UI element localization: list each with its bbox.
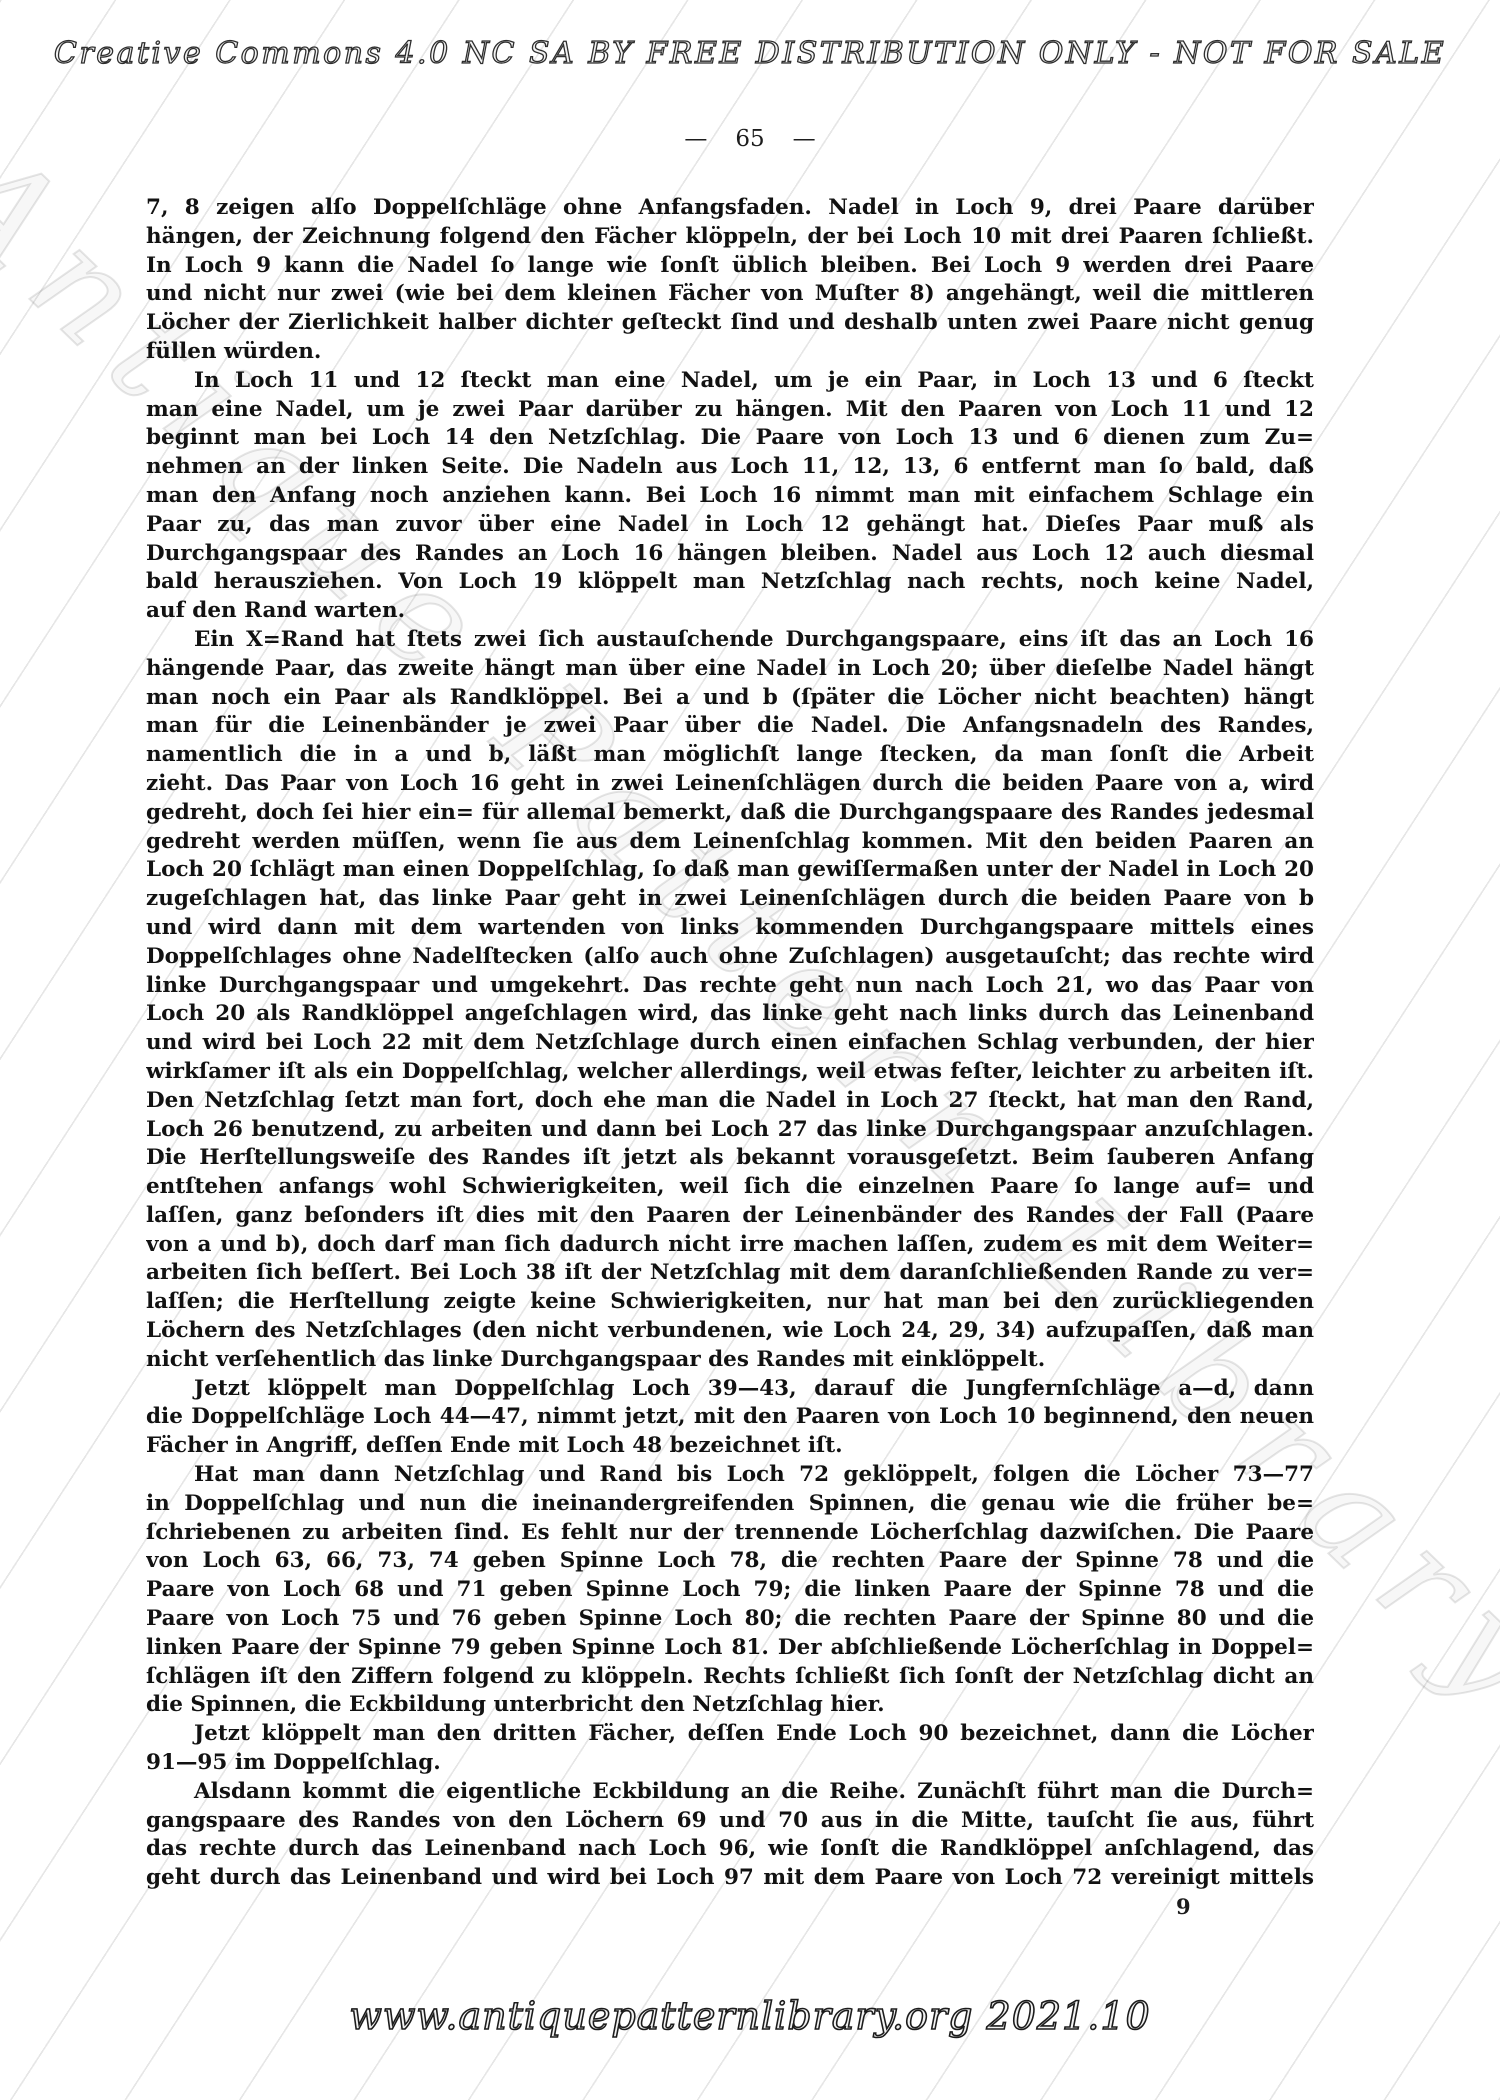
text-line: Jetzt klöppelt man den dritten Fächer, d… bbox=[146, 1720, 1314, 1749]
text-line: Löcher der Zierlichkeit halber dichter g… bbox=[146, 309, 1314, 338]
text-line: von a und b), doch darf man ſich dadurch… bbox=[146, 1231, 1314, 1260]
text-line: Loch 26 benutzend, zu arbeiten und dann … bbox=[146, 1116, 1314, 1145]
page-number-value: 65 bbox=[735, 126, 764, 152]
text-line: Paare von Loch 68 und 71 geben Spinne Lo… bbox=[146, 1576, 1314, 1605]
text-line: gedreht, doch ſei hier ein= für allemal … bbox=[146, 799, 1314, 828]
signature-number: 9 bbox=[1176, 1894, 1191, 1919]
text-line: 91—95 im Doppelſchlag. bbox=[146, 1749, 1314, 1778]
page-number-dash-left: — bbox=[684, 126, 707, 152]
text-line: entſtehen anfangs wohl Schwierigkeiten, … bbox=[146, 1173, 1314, 1202]
footer-url: www.antiquepatternlibrary.org 2021.10 bbox=[0, 1994, 1500, 2038]
text-line: Den Netzſchlag ſetzt man fort, doch ehe … bbox=[146, 1087, 1314, 1116]
text-line: ſchlägen iſt den Ziffern folgend zu klöp… bbox=[146, 1663, 1314, 1692]
text-line: linke Durchgangspaar und umgekehrt. Das … bbox=[146, 972, 1314, 1001]
text-line: man eine Nadel, um je zwei Paar darüber … bbox=[146, 396, 1314, 425]
text-line: Loch 20 als Randklöppel angeſchlagen wir… bbox=[146, 1000, 1314, 1029]
body-text-block: 7, 8 zeigen alſo Doppelſchläge ohne Anfa… bbox=[146, 194, 1314, 1893]
text-line: beginnt man bei Loch 14 den Netzſchlag. … bbox=[146, 424, 1314, 453]
text-line: Fächer in Angriff, deſſen Ende mit Loch … bbox=[146, 1432, 1314, 1461]
text-line: nicht verſehentlich das linke Durchgangs… bbox=[146, 1346, 1314, 1375]
text-line: Die Herſtellungsweiſe des Randes iſt jet… bbox=[146, 1144, 1314, 1173]
text-line: Loch 20 ſchlägt man einen Doppelſchlag, … bbox=[146, 856, 1314, 885]
text-line: Jetzt klöppelt man Doppelſchlag Loch 39—… bbox=[146, 1375, 1314, 1404]
text-line: arbeiten ſich beſſert. Bei Loch 38 iſt d… bbox=[146, 1259, 1314, 1288]
page-number-dash-right: — bbox=[793, 126, 816, 152]
text-line: nehmen an der linken Seite. Die Nadeln a… bbox=[146, 453, 1314, 482]
text-line: man noch ein Paar als Randklöppel. Bei a… bbox=[146, 684, 1314, 713]
text-line: namentlich die in a und b, läßt man mögl… bbox=[146, 741, 1314, 770]
text-line: die Spinnen, die Eckbildung unterbricht … bbox=[146, 1691, 1314, 1720]
text-line: ſchriebenen zu arbeiten ſind. Es fehlt n… bbox=[146, 1519, 1314, 1548]
text-line: das rechte durch das Leinenband nach Loc… bbox=[146, 1835, 1314, 1864]
scanned-book-page: Antique Pattern Library Creative Commons… bbox=[0, 0, 1500, 2100]
text-line: man den Anfang noch anziehen kann. Bei L… bbox=[146, 482, 1314, 511]
text-line: linken Paare der Spinne 79 geben Spinne … bbox=[146, 1634, 1314, 1663]
text-line: in Doppelſchlag und nun die ineinandergr… bbox=[146, 1490, 1314, 1519]
text-line: gedreht werden müſſen, wenn ſie aus dem … bbox=[146, 828, 1314, 857]
text-line: hängen, der Zeichnung folgend den Fächer… bbox=[146, 223, 1314, 252]
text-line: geht durch das Leinenband und wird bei L… bbox=[146, 1864, 1314, 1893]
text-line: laſſen, ganz beſonders iſt dies mit den … bbox=[146, 1202, 1314, 1231]
text-line: Löchern des Netzſchlages (den nicht verb… bbox=[146, 1317, 1314, 1346]
text-line: 7, 8 zeigen alſo Doppelſchläge ohne Anfa… bbox=[146, 194, 1314, 223]
text-line: Durchgangspaar des Randes an Loch 16 hän… bbox=[146, 540, 1314, 569]
text-line: Hat man dann Netzſchlag und Rand bis Loc… bbox=[146, 1461, 1314, 1490]
text-line: wirkſamer iſt als ein Doppelſchlag, welc… bbox=[146, 1058, 1314, 1087]
text-line: zieht. Das Paar von Loch 16 geht in zwei… bbox=[146, 770, 1314, 799]
text-line: laſſen; die Herſtellung zeigte keine Sch… bbox=[146, 1288, 1314, 1317]
license-banner: Creative Commons 4.0 NC SA BY FREE DISTR… bbox=[0, 36, 1500, 71]
text-line: hängende Paar, das zweite hängt man über… bbox=[146, 655, 1314, 684]
text-line: auf den Rand warten. bbox=[146, 597, 1314, 626]
text-line: Paare von Loch 75 und 76 geben Spinne Lo… bbox=[146, 1605, 1314, 1634]
text-line: gangspaare des Randes von den Löchern 69… bbox=[146, 1807, 1314, 1836]
text-line: Ein X=Rand hat ſtets zwei ſich austauſch… bbox=[146, 626, 1314, 655]
text-line: Paar zu, das man zuvor über eine Nadel i… bbox=[146, 511, 1314, 540]
text-line: Alsdann kommt die eigentliche Eckbildung… bbox=[146, 1778, 1314, 1807]
text-line: In Loch 9 kann die Nadel ſo lange wie ſo… bbox=[146, 252, 1314, 281]
text-line: und wird dann mit dem wartenden von link… bbox=[146, 914, 1314, 943]
text-line: und nicht nur zwei (wie bei dem kleinen … bbox=[146, 280, 1314, 309]
text-line: und wird bei Loch 22 mit dem Netzſchlage… bbox=[146, 1029, 1314, 1058]
text-line: die Doppelſchläge Loch 44—47, nimmt jetz… bbox=[146, 1403, 1314, 1432]
text-line: füllen würden. bbox=[146, 338, 1314, 367]
text-line: In Loch 11 und 12 ſteckt man eine Nadel,… bbox=[146, 367, 1314, 396]
text-line: zugeſchlagen hat, das linke Paar geht in… bbox=[146, 885, 1314, 914]
text-line: von Loch 63, 66, 73, 74 geben Spinne Loc… bbox=[146, 1547, 1314, 1576]
text-line: man für die Leinenbänder je zwei Paar üb… bbox=[146, 712, 1314, 741]
text-line: Doppelſchlages ohne Nadelſtecken (alſo a… bbox=[146, 943, 1314, 972]
page-number: — 65 — bbox=[0, 126, 1500, 152]
text-line: bald herausziehen. Von Loch 19 klöppelt … bbox=[146, 568, 1314, 597]
